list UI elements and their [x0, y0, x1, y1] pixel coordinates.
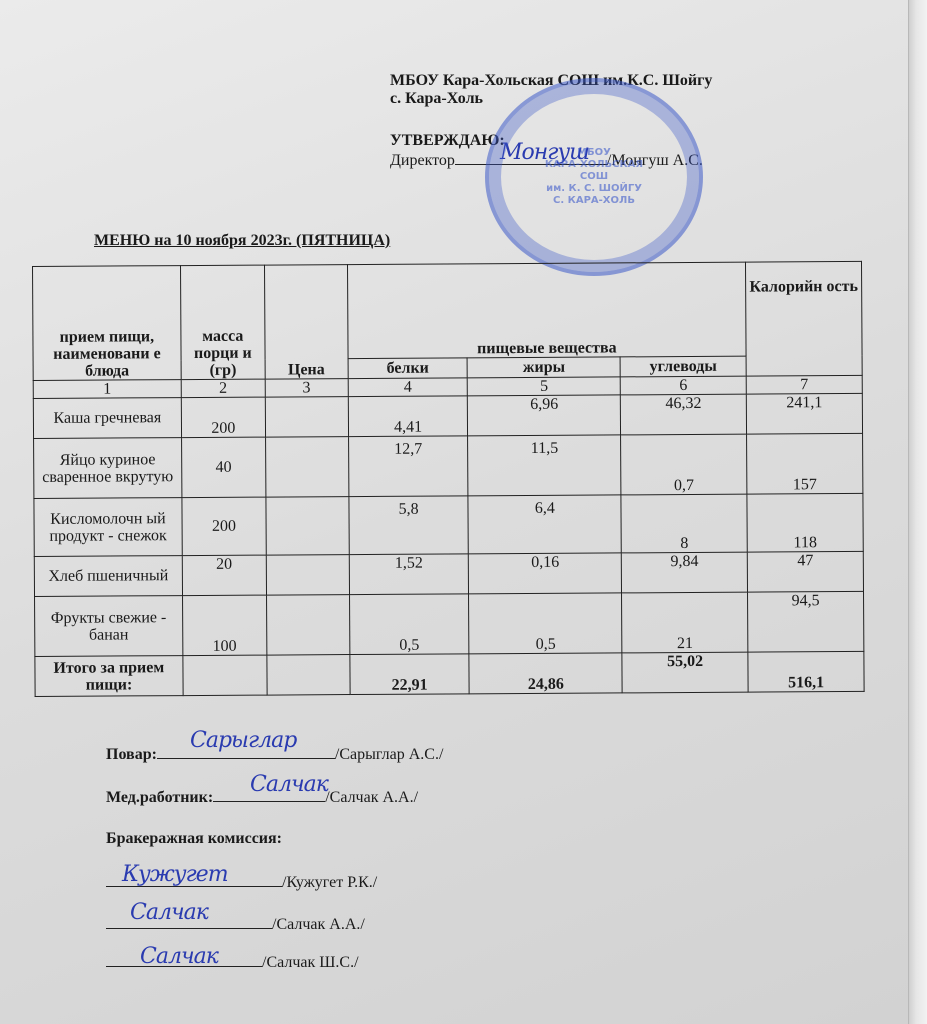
medic-signature: Салчак: [250, 772, 328, 797]
director-signature: Монгуш: [500, 140, 589, 165]
page-edge: [908, 0, 927, 1024]
stamp-line-3: им. К. С. ШОЙГУ: [542, 183, 647, 195]
dish-calories: 118: [747, 493, 863, 552]
dish-carbs: 9,84: [621, 552, 747, 593]
dish-name: Фрукты свежие - банан: [35, 596, 183, 657]
dish-calories: 47: [747, 551, 863, 592]
dish-fat: 6,96: [468, 395, 621, 436]
dish-mass: 40: [181, 437, 265, 498]
dish-name: Яйцо куриное сваренное вкрутую: [34, 438, 182, 499]
school-name: МБОУ Кара-Хольская СОШ им.К.С. Шойгу: [390, 72, 712, 90]
dish-name: Каша гречневая: [33, 398, 181, 439]
col-header-mass: масса порци и (гр): [180, 265, 265, 380]
total-row: Итого за прием пищи: 22,91 24,86 55,02 5…: [35, 651, 864, 696]
medic-label: Мед.работник:: [106, 789, 213, 806]
dish-fat: 0,16: [469, 553, 622, 594]
dish-fat: 0,5: [469, 593, 622, 654]
dish-protein: 4,41: [348, 396, 468, 437]
dish-carbs: 8: [621, 494, 747, 553]
dish-mass: 20: [182, 555, 266, 596]
col-header-price: Цена: [264, 265, 348, 380]
col-header-carbs: углеводы: [620, 356, 746, 377]
dish-protein: 0,5: [349, 594, 469, 655]
total-protein: 22,91: [350, 654, 470, 695]
table-row: Каша гречневая 200 4,41 6,96 46,32 241,1: [33, 393, 862, 438]
dish-carbs: 46,32: [621, 394, 747, 435]
dish-protein: 1,52: [349, 554, 469, 595]
director-label: Директор: [390, 152, 455, 169]
col-number: 4: [348, 378, 468, 397]
col-number: 2: [181, 379, 265, 398]
dish-calories: 157: [747, 433, 863, 494]
school-header: МБОУ Кара-Хольская СОШ им.К.С. Шойгу с. …: [390, 72, 712, 108]
commission-signature: Салчак: [140, 944, 218, 969]
dish-carbs: 21: [622, 592, 748, 653]
commission-member-name: /Салчак Ш.С./: [262, 954, 359, 971]
medic-name: /Салчак А.А./: [325, 789, 418, 806]
village-name: с. Кара-Холь: [390, 90, 712, 108]
table-row: Кисломолочн ый продукт - снежок 200 5,8 …: [34, 493, 863, 556]
dish-protein: 12,7: [348, 436, 468, 497]
dish-price: [266, 595, 349, 656]
col-number: 3: [265, 379, 348, 398]
commission-member-name: /Салчак А.А./: [272, 916, 365, 933]
col-header-nutrients: пищевые вещества: [347, 262, 746, 358]
col-number: 7: [746, 375, 862, 394]
col-header-calories: Калорийн ость: [746, 261, 863, 376]
dish-mass: 100: [182, 595, 266, 656]
dish-name: Хлеб пшеничный: [34, 556, 182, 597]
dish-fat: 6,4: [468, 495, 621, 554]
total-fat: 24,86: [469, 653, 622, 694]
commission-signature: Салчак: [130, 900, 208, 925]
cook-name: /Сарыглар А.С./: [335, 746, 443, 763]
dish-protein: 5,8: [349, 496, 469, 555]
dish-fat: 11,5: [468, 435, 621, 496]
menu-title: МЕНЮ на 10 ноября 2023г. (ПЯТНИЦА): [94, 232, 390, 250]
stamp-line-4: С. КАРА-ХОЛЬ: [542, 195, 647, 207]
col-number: 1: [33, 380, 181, 399]
commission-label: Бракеражная комиссия:: [106, 830, 282, 847]
dish-carbs: 0,7: [621, 434, 747, 495]
commission-signature: Кужугет: [122, 862, 228, 887]
total-carbs: 55,02: [622, 652, 748, 693]
commission-label-row: Бракеражная комиссия:: [106, 830, 282, 848]
dish-mass: 200: [182, 497, 266, 556]
total-mass: [183, 655, 267, 696]
table-row: Фрукты свежие - банан 100 0,5 0,5 21 94,…: [35, 591, 864, 656]
menu-table: прием пищи, наименовани е блюда масса по…: [32, 261, 865, 697]
cook-signature: Сарыглар: [190, 728, 296, 753]
total-label: Итого за прием пищи:: [35, 656, 183, 697]
dish-calories: 94,5: [748, 591, 864, 652]
col-header-meal: прием пищи, наименовани е блюда: [33, 266, 182, 381]
dish-price: [265, 397, 348, 438]
dish-name: Кисломолочн ый продукт - снежок: [34, 498, 182, 557]
total-price: [267, 655, 350, 696]
table-row: Яйцо куриное сваренное вкрутую 40 12,7 1…: [34, 433, 863, 498]
dish-price: [266, 497, 349, 556]
total-calories: 516,1: [748, 651, 864, 692]
col-header-protein: белки: [348, 358, 468, 379]
director-name: /Монгуш А.С.: [607, 152, 703, 169]
table-row: Хлеб пшеничный 20 1,52 0,16 9,84 47: [34, 551, 863, 596]
col-number: 5: [468, 377, 621, 396]
col-header-fat: жиры: [468, 357, 621, 378]
col-number: 6: [620, 376, 746, 395]
dish-price: [265, 437, 348, 498]
cook-label: Повар:: [106, 746, 157, 763]
dish-mass: 200: [181, 397, 265, 438]
commission-member-name: /Кужугет Р.К./: [282, 874, 377, 891]
dish-price: [266, 555, 349, 596]
dish-calories: 241,1: [746, 393, 862, 434]
